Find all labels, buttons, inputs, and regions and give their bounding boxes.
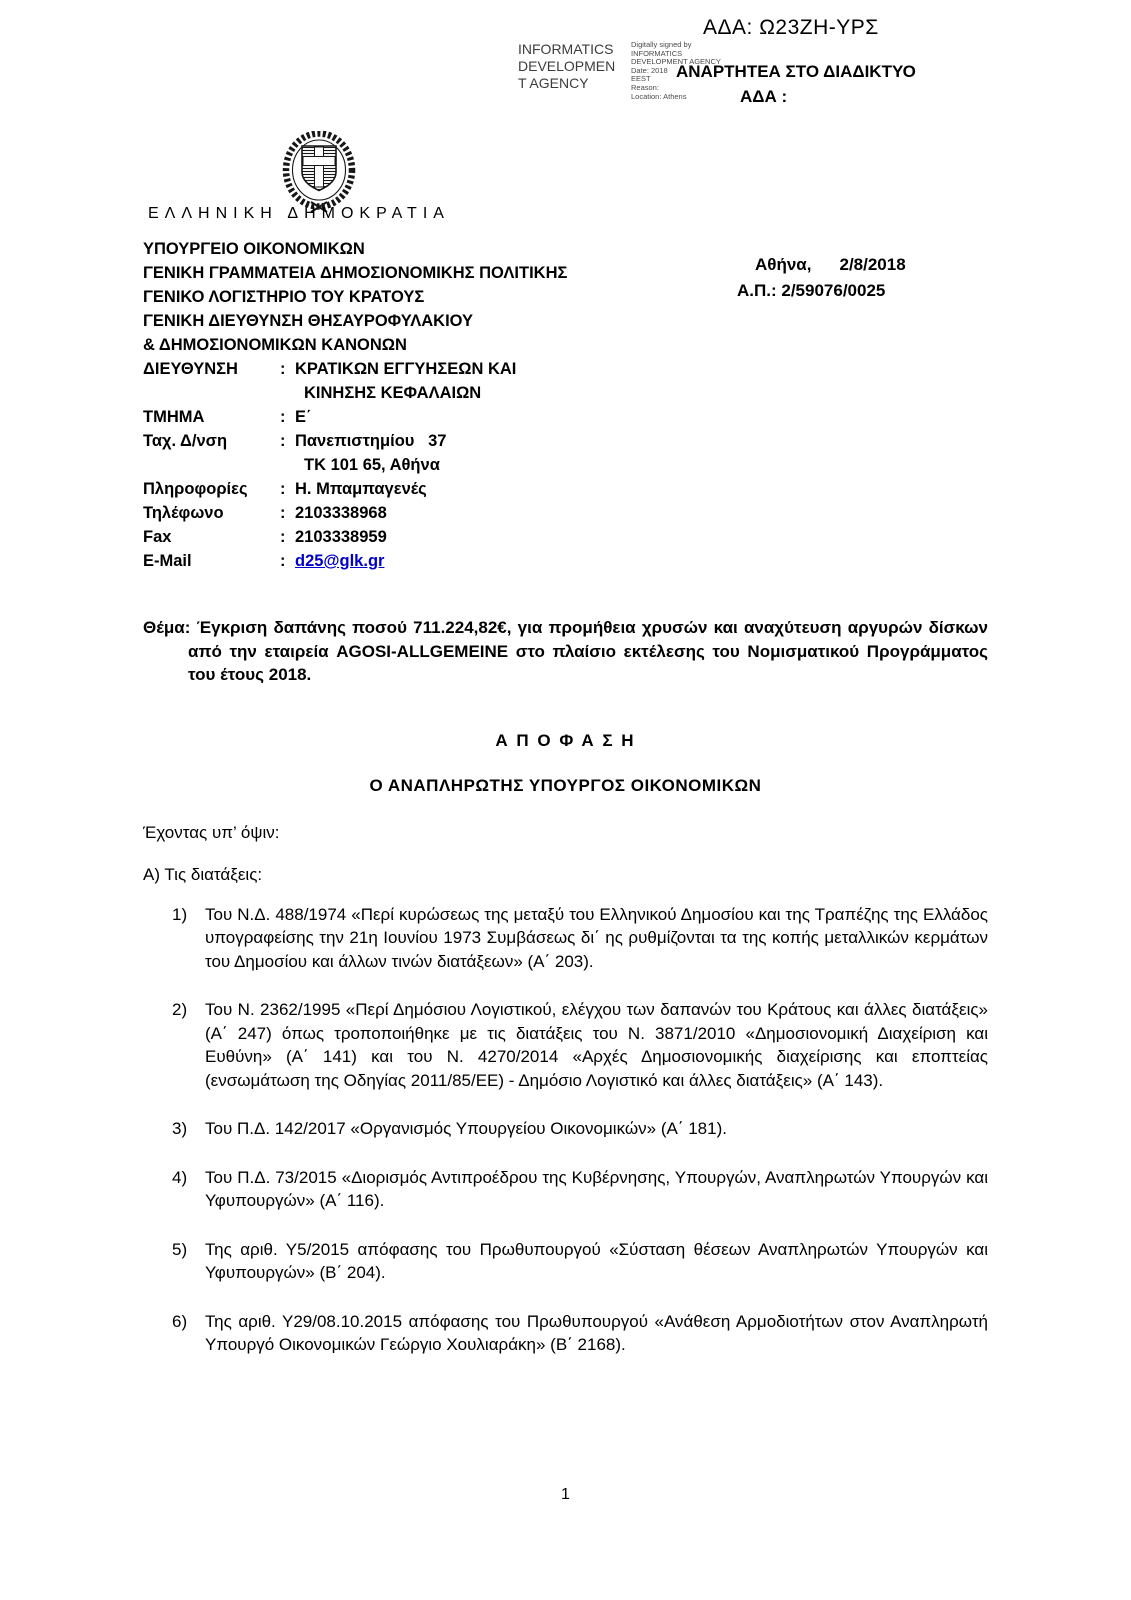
detail-label: Τηλέφωνο (143, 501, 280, 525)
legal-item: 3)Του Π.Δ. 142/2017 «Οργανισμός Υπουργεί… (143, 1117, 988, 1141)
item-text: Της αριθ. Υ5/2015 απόφασης του Πρωθυπουρ… (205, 1240, 988, 1283)
detail-separator: : (280, 357, 295, 381)
ministry-org-lines: ΥΠΟΥΡΓΕΙΟ ΟΙΚΟΝΟΜΙΚΩΝΓΕΝΙΚΗ ΓΡΑΜΜΑΤΕΙΑ Δ… (143, 237, 567, 357)
item-number: 5) (172, 1238, 187, 1262)
legal-item: 4)Του Π.Δ. 73/2015 «Διορισμός Αντιπροέδρ… (143, 1166, 988, 1213)
detail-value: ΚΡΑΤΙΚΩΝ ΕΓΓΥΗΣΕΩΝ ΚΑΙ (295, 357, 516, 381)
ministry-header-block: ΥΠΟΥΡΓΕΙΟ ΟΙΚΟΝΟΜΙΚΩΝΓΕΝΙΚΗ ΓΡΑΜΜΑΤΕΙΑ Δ… (143, 237, 567, 573)
detail-separator: : (280, 501, 295, 525)
subject-label: Θέμα: (143, 618, 190, 637)
detail-row: Τηλέφωνο:2103338968 (143, 501, 567, 525)
item-number: 1) (172, 903, 187, 927)
org-line: ΓΕΝΙΚΟ ΛΟΓΙΣΤΗΡΙΟ ΤΟΥ ΚΡΑΤΟΥΣ (143, 285, 567, 309)
detail-separator: : (280, 549, 295, 573)
item-text: Του Ν. 2362/1995 «Περί Δημόσιου Λογιστικ… (205, 1000, 988, 1090)
stamp-anartitea: ΑΝΑΡΤΗΤΕΑ ΣΤΟ ΔΙΑΔΙΚΤΥΟ (676, 62, 916, 82)
detail-separator: : (280, 525, 295, 549)
decision-title: Α Π Ο Φ Α Σ Η (143, 731, 988, 751)
detail-separator: : (280, 477, 295, 501)
republic-title: ΕΛΛΗΝΙΚΗ ΔΗΜΟΚΡΑΤΙΑ (148, 205, 450, 223)
signer-name-line: INFORMATICS (518, 41, 615, 58)
legal-item: 6)Της αριθ. Υ29/08.10.2015 απόφασης του … (143, 1310, 988, 1357)
legal-item: 2)Του Ν. 2362/1995 «Περί Δημόσιου Λογιστ… (143, 998, 988, 1092)
detail-label: ΤΜΗΜΑ (143, 405, 280, 429)
detail-separator: : (280, 429, 295, 453)
legal-item: 1)Του Ν.Δ. 488/1974 «Περί κυρώσεως της μ… (143, 903, 988, 974)
item-text: Της αριθ. Υ29/08.10.2015 απόφασης του Πρ… (205, 1312, 988, 1355)
item-text: Του Π.Δ. 142/2017 «Οργανισμός Υπουργείου… (205, 1119, 727, 1138)
preamble: Έχοντας υπ’ όψιν: (143, 823, 988, 843)
subject: Θέμα: Έγκριση δαπάνης ποσού 711.224,82€,… (143, 616, 988, 687)
ada-code: ΑΔΑ: Ω23ZH-ΥΡΣ (703, 16, 879, 40)
detail-row: Ταχ. Δ/νση:Πανεπιστημίου 37 (143, 429, 567, 453)
detail-value: Η. Μπαμπαγενές (295, 477, 427, 501)
document-body: Θέμα: Έγκριση δαπάνης ποσού 711.224,82€,… (143, 616, 988, 1382)
detail-value: Πανεπιστημίου 37 (295, 429, 446, 453)
detail-row: E-Mail:d25@glk.gr (143, 549, 567, 573)
detail-value: 2103338959 (295, 525, 387, 549)
document-date: 2/8/2018 (839, 252, 905, 278)
detail-label: Ταχ. Δ/νση (143, 429, 280, 453)
decision-subtitle: Ο ΑΝΑΠΛΗΡΩΤΗΣ ΥΠΟΥΡΓΟΣ ΟΙΚΟΝΟΜΙΚΩΝ (143, 776, 988, 796)
detail-value: Ε΄ (295, 405, 312, 429)
detail-row: Πληροφορίες:Η. Μπαμπαγενές (143, 477, 567, 501)
detail-row-continuation: ΤΚ 101 65, Αθήνα (143, 453, 567, 477)
protocol-number: Α.Π.: 2/59076/0025 (737, 278, 906, 304)
page-number: 1 (0, 1486, 1131, 1504)
org-line: ΓΕΝΙΚΗ ΔΙΕΥΘΥΝΣΗ ΘΗΣΑΥΡΟΦΥΛΑΚΙΟΥ (143, 309, 567, 333)
subject-text: Έγκριση δαπάνης ποσού 711.224,82€, για π… (188, 618, 988, 684)
detail-label: Fax (143, 525, 280, 549)
org-line: & ΔΗΜΟΣΙΟΝΟΜΙΚΩΝ ΚΑΝΟΝΩΝ (143, 333, 567, 357)
date-protocol-block: Αθήνα, 2/8/2018 Α.Π.: 2/59076/0025 (737, 252, 906, 304)
detail-value: 2103338968 (295, 501, 387, 525)
item-text: Του Π.Δ. 73/2015 «Διορισμός Αντιπροέδρου… (205, 1168, 988, 1211)
signer-name-line: DEVELOPMEN (518, 58, 615, 75)
city-label: Αθήνα, (755, 252, 811, 278)
detail-separator: : (280, 405, 295, 429)
detail-label: Πληροφορίες (143, 477, 280, 501)
signature-detail-line: Location: Athens (631, 93, 721, 102)
item-number: 3) (172, 1117, 187, 1141)
org-line: ΥΠΟΥΡΓΕΙΟ ΟΙΚΟΝΟΜΙΚΩΝ (143, 237, 567, 261)
detail-value-continuation: ΤΚ 101 65, Αθήνα (295, 453, 440, 477)
document-page: { "page": { "number": "1" }, "top": { "a… (0, 0, 1131, 1600)
org-line: ΓΕΝΙΚΗ ΓΡΑΜΜΑΤΕΙΑ ΔΗΜΟΣΙΟΝΟΜΙΚΗΣ ΠΟΛΙΤΙΚ… (143, 261, 567, 285)
detail-label: E-Mail (143, 549, 280, 573)
signature-signer-name: INFORMATICSDEVELOPMENT AGENCY (518, 41, 615, 92)
detail-row: ΤΜΗΜΑ:Ε΄ (143, 405, 567, 429)
section-a-heading: Α) Τις διατάξεις: (143, 865, 988, 885)
legal-items-list: 1)Του Ν.Δ. 488/1974 «Περί κυρώσεως της μ… (143, 903, 988, 1357)
signer-name-line: T AGENCY (518, 75, 615, 92)
item-number: 2) (172, 998, 187, 1022)
detail-label: ΔΙΕΥΘΥΝΣΗ (143, 357, 280, 381)
detail-row-continuation: ΚΙΝΗΣΗΣ ΚΕΦΑΛΑΙΩΝ (143, 381, 567, 405)
legal-item: 5)Της αριθ. Υ5/2015 απόφασης του Πρωθυπο… (143, 1238, 988, 1285)
header-detail-rows: ΔΙΕΥΘΥΝΣΗ:ΚΡΑΤΙΚΩΝ ΕΓΓΥΗΣΕΩΝ ΚΑΙΚΙΝΗΣΗΣ … (143, 357, 567, 573)
detail-value-continuation: ΚΙΝΗΣΗΣ ΚΕΦΑΛΑΙΩΝ (295, 381, 481, 405)
item-number: 4) (172, 1166, 187, 1190)
stamp-ada-label: ΑΔΑ : (740, 87, 787, 107)
item-number: 6) (172, 1310, 187, 1334)
item-text: Του Ν.Δ. 488/1974 «Περί κυρώσεως της μετ… (205, 905, 988, 971)
email-link[interactable]: d25@glk.gr (295, 549, 384, 573)
detail-row: ΔΙΕΥΘΥΝΣΗ:ΚΡΑΤΙΚΩΝ ΕΓΓΥΗΣΕΩΝ ΚΑΙ (143, 357, 567, 381)
detail-row: Fax:2103338959 (143, 525, 567, 549)
